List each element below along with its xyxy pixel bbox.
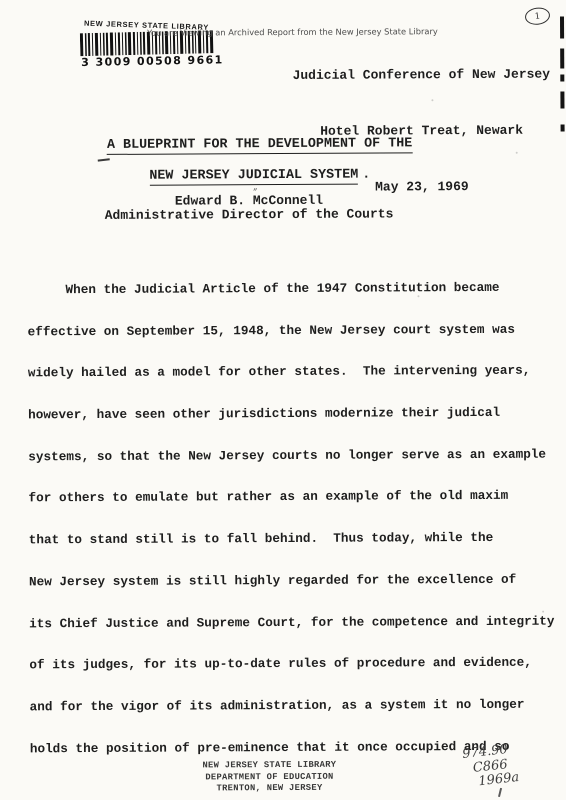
body-line: for others to emulate but rather as an e… (28, 475, 558, 519)
scan-edge-artifact (560, 49, 564, 69)
body-line: of its judges, for its up-to-date rules … (29, 642, 559, 686)
body-line: that to stand still is to fall behind. T… (29, 517, 559, 561)
body-line: effective on September 15, 1948, the New… (28, 308, 558, 352)
stamp-line-3: TRENTON, NEW JERSEY (147, 783, 392, 796)
body-line: however, have seen other jurisdictions m… (28, 392, 558, 436)
title-line-1: A BLUEPRINT FOR THE DEVELOPMENT OF THE (0, 136, 521, 154)
document-title: A BLUEPRINT FOR THE DEVELOPMENT OF THE N… (0, 136, 521, 185)
handwritten-call-number: 974.90 C866 1969a (462, 742, 520, 791)
page-number-circled: 1 (524, 6, 551, 26)
author-title: Administrative Director of the Courts (0, 206, 499, 222)
archive-overlay-text: You are Viewing an Archived Report from … (147, 26, 438, 38)
body-line: widely hailed as a model for other state… (28, 350, 558, 394)
scan-edge-artifact (560, 92, 564, 109)
body-line: its Chief Justice and Supreme Court, for… (29, 600, 559, 644)
title-line-2: NEW JERSEY JUDICIAL SYSTEM. (0, 167, 521, 185)
scanned-document-page: You are Viewing an Archived Report from … (0, 0, 566, 800)
scan-speck (431, 99, 433, 101)
scan-speck (417, 295, 419, 297)
body-line: When the Judicial Article of the 1947 Co… (27, 267, 557, 311)
stray-mark-artifact: ” (253, 188, 258, 197)
scan-edge-artifact (560, 17, 564, 39)
pen-tick-artifact (498, 788, 502, 797)
scan-speck (542, 611, 544, 613)
scan-edge-artifact (560, 75, 564, 82)
scan-speck (516, 152, 518, 154)
body-line: New Jersey system is still highly regard… (29, 558, 559, 602)
library-stamp: NEW JERSEY STATE LIBRARY DEPARTMENT OF E… (147, 759, 392, 795)
body-paragraph: When the Judicial Article of the 1947 Co… (27, 267, 560, 770)
body-line: systems, so that the New Jersey courts n… (28, 433, 558, 477)
title-period: . (358, 168, 370, 183)
body-line: and for the vigor of its administration,… (29, 683, 559, 727)
author-block: Edward B. McConnell Administrative Direc… (0, 193, 499, 223)
scan-edge-artifact (561, 125, 565, 132)
library-barcode-block: NEW JERSEY STATE LIBRARY (76, 12, 266, 79)
page-number: 1 (534, 11, 541, 22)
call-number-year: 1969a (478, 771, 520, 790)
barcode-number: 3 3009 00508 9661 (81, 53, 224, 69)
header-event-line: Judicial Conference of New Jersey (290, 66, 552, 86)
